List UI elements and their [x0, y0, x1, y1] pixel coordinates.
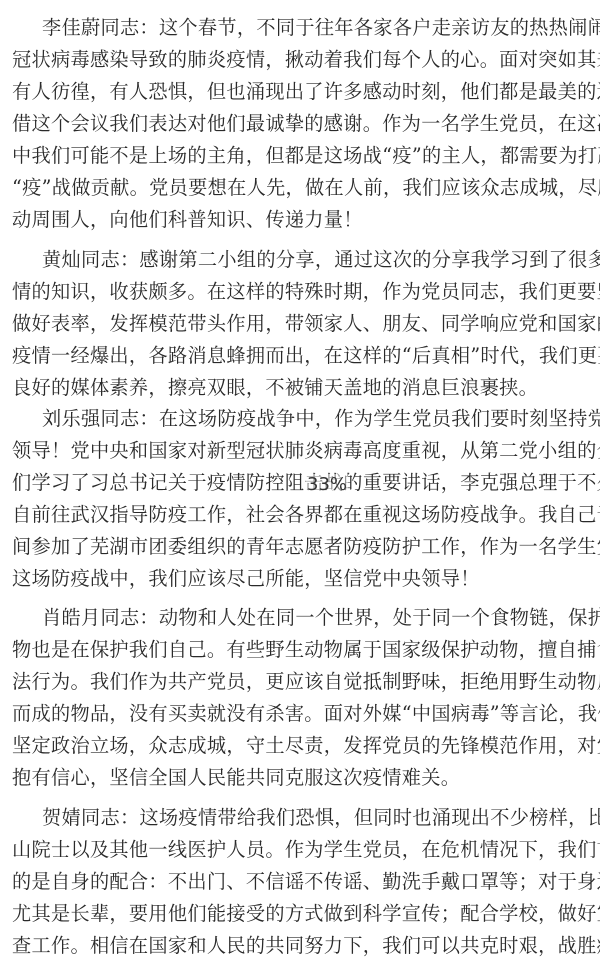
document-page: 李佳蔚同志：这个春节，不同于往年各家各户走亲访友的热热闹闹，新型 冠状病毒感染导…	[0, 0, 600, 970]
text-line: 借这个会议我们表达对他们最诚挚的感谢。作为一名学生党员，在这次战“疫”	[12, 108, 588, 140]
text-line: 中我们可能不是上场的主角，但都是这场战“疫”的主人，都需要为打赢这场	[12, 140, 588, 172]
text-line: 间参加了芜湖市团委组织的青年志愿者防疫防护工作，作为一名学生党员，在	[12, 531, 588, 563]
text-line: 们学习了习总书记关于疫情防控阻击战的重要讲话，李克强总理于不久前也亲	[12, 467, 588, 499]
text-line: 良好的媒体素养，擦亮双眼，不被铺天盖地的消息巨浪裹挟。	[12, 372, 588, 404]
text-line: 做好表率，发挥模范带头作用，带领家人、朋友、同学响应党和国家的号召。	[12, 308, 588, 340]
text-line: 物也是在保护我们自己。有些野生动物属于国家级保护动物，擅自捕食属于违	[12, 634, 588, 666]
text-line: 情的知识，收获颇多。在这样的特殊时期，作为党员同志，我们更要坚守初心，	[12, 276, 588, 308]
text-line: 领导！党中央和国家对新型冠状肺炎病毒高度重视，从第二党小组的分享中我	[12, 435, 588, 467]
text-line: 疫情一经爆出，各路消息蜂拥而出，在这样的“后真相”时代，我们更要具备	[12, 340, 588, 372]
text-line: 查工作。相信在国家和人民的共同努力下，我们可以共克时艰，战胜病毒。	[12, 930, 588, 962]
text-line: 抱有信心，坚信全国人民能共同克服这次疫情难关。	[12, 762, 588, 794]
text-line: 而成的物品，没有买卖就没有杀害。面对外媒“中国病毒”等言论，我们更要	[12, 698, 588, 730]
text-line: 尤其是长辈，要用他们能接受的方式做到科学宣传；配合学校，做好宣传和排	[12, 898, 588, 930]
text-line: 法行为。我们作为共产党员，更应该自觉抵制野味，拒绝用野生动物皮毛制作	[12, 666, 588, 698]
text-line: 李佳蔚同志：这个春节，不同于往年各家各户走亲访友的热热闹闹，新型	[42, 12, 588, 44]
text-line: 坚定政治立场，众志成城，守土尽责，发挥党员的先锋模范作用，对党的领导	[12, 730, 588, 762]
text-line: 贺婧同志：这场疫情带给我们恐惧，但同时也涌现出不少榜样，比如钟南	[42, 802, 588, 834]
text-line: 有人彷徨，有人恐惧，但也涌现出了许多感动时刻，他们都是最美的逆行人，	[12, 76, 588, 108]
text-line: 刘乐强同志：在这场防疫战争中，作为学生党员我们要时刻坚持党中央的	[42, 403, 588, 435]
zoom-percentage-overlay: 33%	[306, 474, 348, 496]
text-line: 黄灿同志：感谢第二小组的分享，通过这次的分享我学习到了很多有关疫	[42, 244, 588, 276]
text-line: 动周围人，向他们科普知识、传递力量！	[12, 204, 588, 236]
text-line: “疫”战做贡献。党员要想在人先，做在人前，我们应该众志成城，尽所能带	[12, 172, 588, 204]
text-line: 山院士以及其他一线医护人员。作为学生党员，在危机情况下，我们首先能做	[12, 834, 588, 866]
text-line: 肖皓月同志：动物和人处在同一个世界，处于同一个食物链，保护野生动	[42, 602, 588, 634]
text-line: 冠状病毒感染导致的肺炎疫情，揪动着我们每个人的心。面对突如其来的疫情，	[12, 44, 588, 76]
text-line: 自前往武汉指导防疫工作，社会各界都在重视这场防疫战争。我自己于春节期	[12, 499, 588, 531]
text-line: 的是自身的配合：不出门、不信谣不传谣、勤洗手戴口罩等；对于身边的人，	[12, 866, 588, 898]
text-line: 这场防疫战中，我们应该尽己所能，坚信党中央领导！	[12, 563, 588, 595]
